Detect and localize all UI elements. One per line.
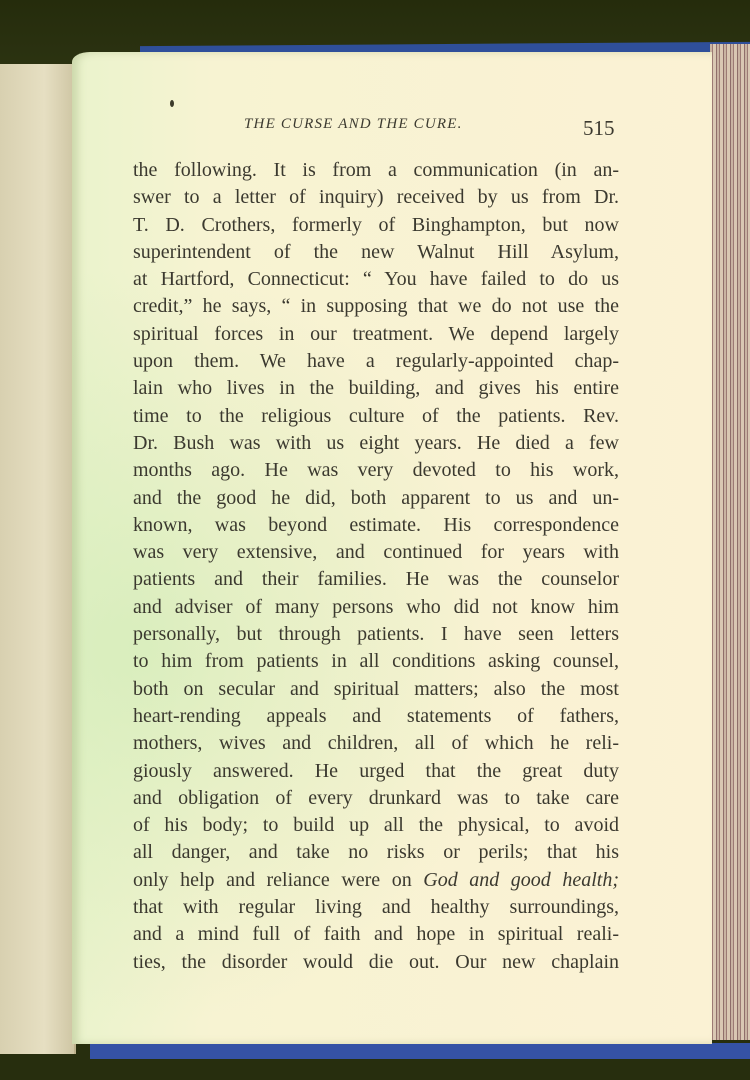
text-line: and adviser of many persons who did not … [133, 594, 619, 621]
text-line: lain who lives in the building, and give… [133, 375, 619, 402]
page-number: 515 [583, 116, 615, 141]
text-line: giously answered. He urged that the grea… [133, 758, 619, 785]
text-line: to him from patients in all conditions a… [133, 648, 619, 675]
page-edges [710, 44, 750, 1040]
text-line: superintendent of the new Walnut Hill As… [133, 239, 619, 266]
text-line: swer to a letter of inquiry) received by… [133, 184, 619, 211]
text-line: the following. It is from a communicatio… [133, 157, 619, 184]
left-page [0, 64, 76, 1054]
text-line: and obligation of every drunkard was to … [133, 785, 619, 812]
text-line: at Hartford, Connecticut: “ You have fai… [133, 266, 619, 293]
text-line: spiritual forces in our treatment. We de… [133, 321, 619, 348]
text-line: time to the religious culture of the pat… [133, 403, 619, 430]
text-line: mothers, wives and children, all of whic… [133, 730, 619, 757]
text-line: both on secular and spiritual matters; a… [133, 676, 619, 703]
text-line: patients and their families. He was the … [133, 566, 619, 593]
text-line: all danger, and take no risks or perils;… [133, 839, 619, 866]
text-line: personally, but through patients. I have… [133, 621, 619, 648]
text-line-with-italic: only help and reliance were on God and g… [133, 867, 619, 894]
text-line: of his body; to build up all the physica… [133, 812, 619, 839]
text-line: was very extensive, and continued for ye… [133, 539, 619, 566]
body-text: the following. It is from a communicatio… [133, 157, 619, 976]
text-line: credit,” he says, “ in supposing that we… [133, 293, 619, 320]
text-line: months ago. He was very devoted to his w… [133, 457, 619, 484]
text-line: known, was beyond estimate. His correspo… [133, 512, 619, 539]
text-line: upon them. We have a regularly-appointed… [133, 348, 619, 375]
italic-phrase: God and good health; [423, 869, 619, 891]
text-line: that with regular living and healthy sur… [133, 894, 619, 921]
text-line: and the good he did, both apparent to us… [133, 485, 619, 512]
text-line: and a mind full of faith and hope in spi… [133, 921, 619, 948]
ink-speck [170, 100, 174, 107]
text-line: ties, the disorder would die out. Our ne… [133, 949, 619, 976]
book-cover-edge-bottom [90, 1043, 750, 1059]
text-line: Dr. Bush was with us eight years. He die… [133, 430, 619, 457]
running-head: THE CURSE AND THE CURE. [244, 116, 463, 133]
text-run: only help and reliance were on [133, 869, 423, 891]
text-line: T. D. Crothers, formerly of Binghampton,… [133, 212, 619, 239]
text-line: heart-rending appeals and statements of … [133, 703, 619, 730]
